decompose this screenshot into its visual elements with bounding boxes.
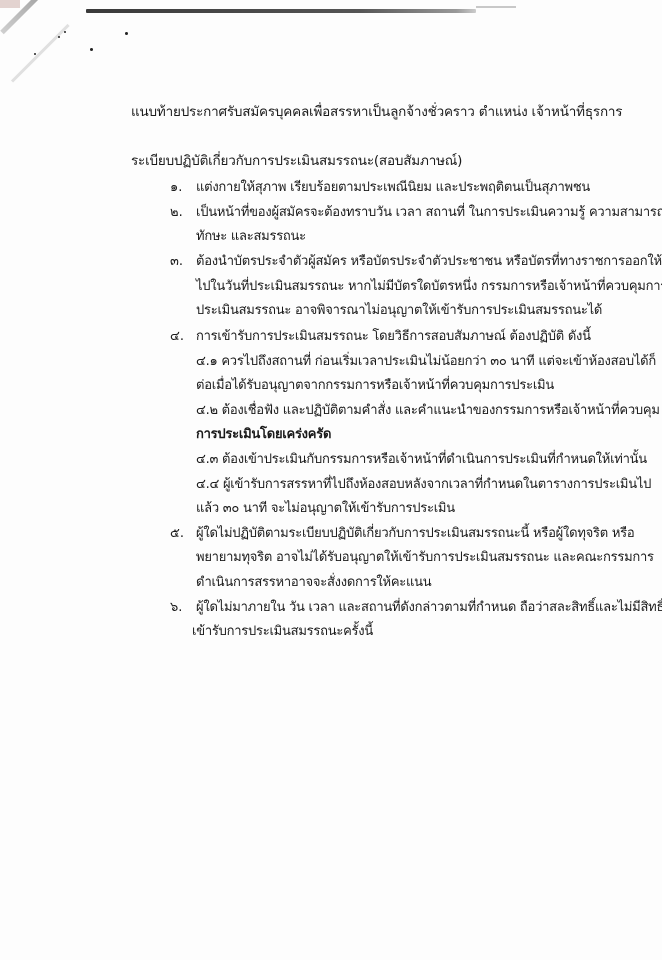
item-5-line-1: ผู้ใดไม่ปฏิบัติตามระเบียบปฏิบัติเกี่ยวกั…: [196, 522, 634, 543]
subitem-4-4-line-2: แล้ว ๓๐ นาที จะไม่อนุญาตให้เข้ารับการประ…: [196, 497, 455, 518]
section-heading: ระเบียบปฏิบัติเกี่ยวกับการประเมินสมรรถนะ…: [131, 149, 462, 171]
item-3-line-3: ประเมินสมรรถนะ อาจพิจารณาไม่อนุญาตให้เข้…: [196, 299, 602, 320]
scanned-document-page: แนบท้ายประกาศรับสมัครบุคคลเพื่อสรรหาเป็น…: [0, 0, 662, 960]
scan-speck: [125, 32, 128, 35]
subitem-4-1-line-2: ต่อเมื่อได้รับอนุญาตจากกรรมการหรือเจ้าหน…: [196, 374, 554, 395]
item-1-line-1: แต่งกายให้สุภาพ เรียบร้อยตามประเพณีนิยม …: [196, 176, 590, 197]
item-3-line-1: ต้องนำบัตรประจำตัวผู้สมัคร หรือบัตรประจำ…: [196, 250, 662, 271]
subitem-4-4-line-1: ๔.๔ ผู้เข้ารับการสรรหาที่ไปถึงห้องสอบหลั…: [196, 473, 651, 494]
item-6-line-1: ผู้ใดไม่มาภายใน วัน เวลา และสถานที่ดังกล…: [196, 596, 662, 617]
scan-top-edge-line: [86, 9, 476, 13]
scan-speck: [34, 53, 36, 55]
item-number-3: ๓.: [170, 250, 183, 271]
item-5-line-2: พยายามทุจริต อาจไม่ได้รับอนุญาตให้เข้ารั…: [196, 546, 654, 567]
item-5-line-3: ดำเนินการสรรหาอาจจะสั่งงดการให้คะแนน: [196, 571, 431, 592]
item-number-1: ๑.: [170, 176, 182, 197]
subitem-4-1-line-1: ๔.๑ ควรไปถึงสถานที่ ก่อนเริ่มเวลาประเมิน…: [196, 350, 656, 371]
scan-corner-fold-shadow: [11, 24, 70, 83]
scan-speck: [58, 36, 60, 38]
scan-top-edge-faint: [476, 6, 516, 8]
item-4-line-1: การเข้ารับการประเมินสมรรถนะ โดยวิธีการสอ…: [196, 325, 591, 346]
item-number-5: ๕.: [170, 522, 184, 543]
document-title: แนบท้ายประกาศรับสมัครบุคคลเพื่อสรรหาเป็น…: [131, 100, 622, 122]
item-2-line-2: ทักษะ และสมรรถนะ: [196, 225, 306, 246]
item-number-6: ๖.: [170, 596, 182, 617]
item-2-line-1: เป็นหน้าที่ของผู้สมัครจะต้องทราบวัน เวลา…: [196, 201, 662, 222]
scan-speck: [64, 31, 66, 33]
scan-corner-tint: [0, 0, 20, 8]
item-number-2: ๒.: [170, 201, 183, 222]
subitem-4-2-line-1: ๔.๒ ต้องเชื่อฟัง และปฏิบัติตามคำสั่ง และ…: [196, 399, 660, 420]
subitem-4-2-line-2: การประเมินโดยเคร่งครัด: [196, 423, 331, 444]
item-number-4: ๔.: [170, 325, 184, 346]
subitem-4-3-line-1: ๔.๓ ต้องเข้าประเมินกับกรรมการหรือเจ้าหน้…: [196, 448, 647, 469]
item-3-line-2: ไปในวันที่ประเมินสมรรถนะ หากไม่มีบัตรใดบ…: [196, 275, 662, 296]
item-6-line-2: เข้ารับการประเมินสมรรถนะครั้งนี้: [192, 620, 373, 641]
scan-speck: [90, 48, 93, 51]
